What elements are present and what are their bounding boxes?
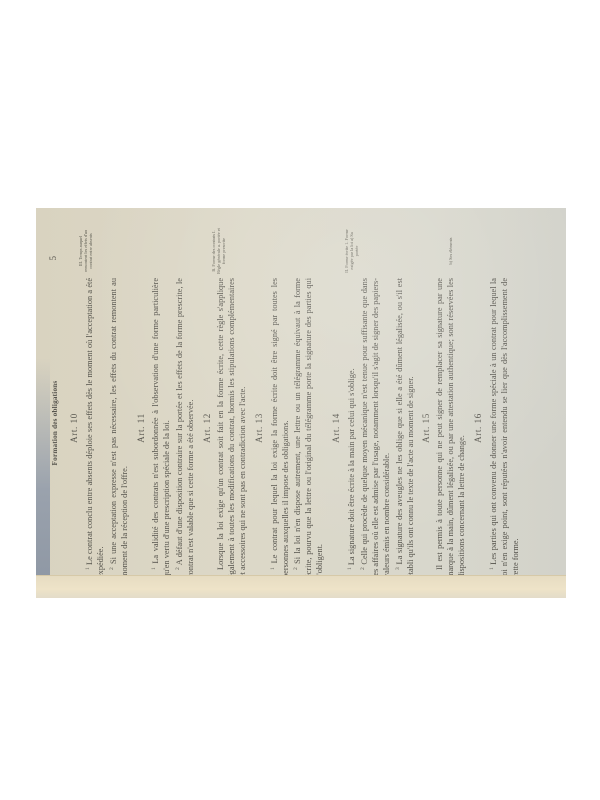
article-title: Art. 14 (331, 278, 342, 578)
article: Art. 141 La signature doit être écrite à… (331, 278, 416, 578)
article-title: Art. 12 (202, 278, 213, 578)
paragraph-number: 2 (293, 567, 299, 570)
article-title: Art. 11 (136, 278, 147, 578)
paragraph-number: 1 (347, 567, 353, 570)
articles-body: Art. 101 Le contrat conclu entre absents… (69, 278, 522, 578)
page-number: 5 (48, 256, 59, 261)
article-title: Art. 16 (473, 278, 484, 578)
article: Art. 101 Le contrat conclu entre absents… (69, 278, 131, 578)
paragraph-number: 2 (175, 567, 181, 570)
article-paragraph: 2 Si la loi n'en dispose autrement, une … (291, 278, 326, 578)
paragraph-number: 1 (270, 567, 276, 570)
margin-note: b) Ses éléments (448, 228, 453, 274)
paragraph-number: 2 (360, 567, 366, 570)
page-fold-edge (36, 575, 566, 598)
article-paragraph: 2 A défaut d'une disposition contraire s… (173, 278, 197, 578)
article: Art. 15Il est permis à toute personne qu… (421, 278, 468, 578)
article-title: Art. 15 (421, 278, 432, 578)
article-paragraph: Lorsque la loi exige qu'un contrat soit … (216, 278, 249, 578)
article-title: Art. 10 (69, 278, 80, 578)
article: Art. 12Lorsque la loi exige qu'un contra… (202, 278, 249, 578)
article-paragraph: 1 La validité des contrats n'est subordo… (149, 278, 173, 578)
article-paragraph: 3 La signature des aveugles ne les oblig… (393, 278, 417, 578)
article-paragraph: Il est permis à toute personne qui ne pe… (435, 278, 468, 578)
document-photo: Formation des obligations 5 Art. 101 Le … (36, 208, 566, 598)
article-paragraph: 1 Les parties qui ont convenu de donner … (487, 278, 522, 578)
article-paragraph: 1 Le contrat pour lequel la loi exige la… (268, 278, 292, 578)
article-paragraph: 1 Le contrat conclu entre absents déploi… (83, 278, 107, 578)
paragraph-number: 1 (85, 567, 91, 570)
margin-note: III. Temps auquel remontent les effets d… (78, 228, 93, 274)
article: Art. 111 La validité des contrats n'est … (136, 278, 198, 578)
article: Art. 161 Les parties qui ont convenu de … (473, 278, 522, 578)
article: Art. 131 Le contrat pour lequel la loi e… (254, 278, 326, 578)
paragraph-number: 1 (151, 567, 157, 570)
article-paragraph: 2 Celle qui procède de quelque moyen méc… (358, 278, 393, 578)
margin-note: II. Forme écrite 1. Forme exigée par la … (344, 228, 359, 274)
article-title: Art. 13 (254, 278, 265, 578)
running-title: Formation des obligations (50, 268, 61, 578)
paragraph-number: 2 (109, 567, 115, 570)
paragraph-number: 1 (489, 567, 495, 570)
article-paragraph: 2 Si une acceptation expresse n'est pas … (107, 278, 131, 578)
article-paragraph: 1 La signature doit être écrite à la mai… (345, 278, 358, 578)
book-page: Formation des obligations 5 Art. 101 Le … (46, 228, 556, 578)
paragraph-number: 3 (395, 567, 401, 570)
margin-note: B. Forme des contrats I. Règle générale … (211, 228, 226, 274)
page-shadow (36, 358, 50, 598)
